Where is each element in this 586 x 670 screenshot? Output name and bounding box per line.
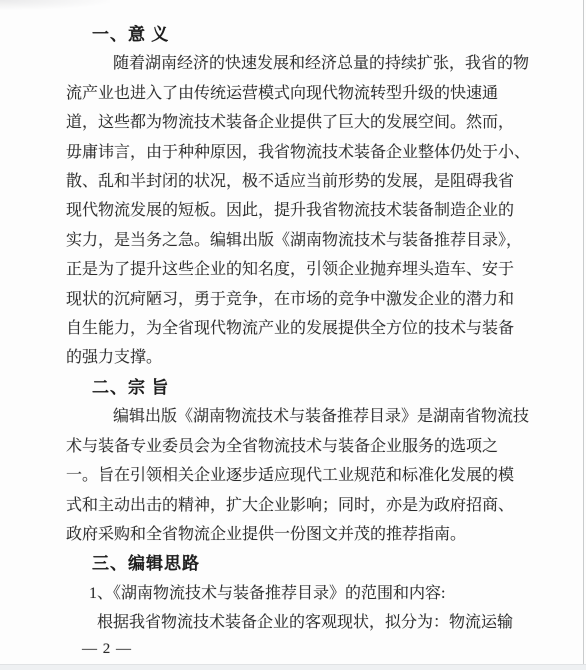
scan-edge-right (583, 0, 584, 670)
text-line: 根据我省物流技术装备企业的客观现状，拟分为：物流运输 (66, 608, 536, 637)
text-line: 毋庸讳言，由于种种原因，我省物流技术装备企业整体仍处于小、 (66, 138, 536, 167)
document-body: 一、意 义随着湖南经济的快速发展和经济总量的持续扩张，我省的物流产业也进入了由传… (66, 20, 536, 638)
text-line: 一。旨在引领相关企业逐步适应现代工业规范和标准化发展的模 (66, 461, 536, 490)
text-line: 正是为了提升这些企业的知名度，引领企业抛弃埋头造车、安于 (66, 255, 536, 284)
text-line: 实力，是当务之急。编辑出版《湖南物流技术与装备推荐目录》， (66, 226, 536, 255)
section-heading-1: 一、意 义 (66, 20, 536, 49)
document-page: 一、意 义随着湖南经济的快速发展和经济总量的持续扩张，我省的物流产业也进入了由传… (0, 0, 586, 670)
page-number: — 2 — (82, 641, 132, 658)
text-line: 政府采购和全省物流企业提供一份图文并茂的推荐指南。 (66, 520, 536, 549)
text-line: 式和主动出击的精神，扩大企业影响；同时，亦是为政府招商、 (66, 491, 536, 520)
text-line: 道，这些都为物流技术装备企业提供了巨大的发展空间。然而， (66, 108, 536, 137)
scan-speck (504, 154, 507, 157)
text-line: 现状的沉疴陋习，勇于竞争，在市场的竞争中激发企业的潜力和 (66, 285, 536, 314)
text-line: 散、乱和半封闭的状况，极不适应当前形势的发展，是阻碍我省 (66, 167, 536, 196)
text-line: 1、《湖南物流技术与装备推荐目录》的范围和内容: (66, 579, 536, 608)
section-heading-2: 二、宗 旨 (66, 373, 536, 402)
scan-speck (502, 62, 504, 64)
scan-corner-smudge (0, 0, 110, 10)
text-line: 术与装备专业委员会为全省物流技术与装备企业服务的选项之 (66, 432, 536, 461)
text-line: 随着湖南经济的快速发展和经济总量的持续扩张，我省的物 (66, 49, 536, 78)
scan-edge-bottom (0, 664, 586, 670)
section-heading-3: 三、编辑思路 (66, 549, 536, 578)
text-line: 的强力支撑。 (66, 343, 536, 372)
text-line: 现代物流发展的短板。因此，提升我省物流技术装备制造企业的 (66, 196, 536, 225)
text-line: 编辑出版《湖南物流技术与装备推荐目录》是湖南省物流技 (66, 402, 536, 431)
text-line: 流产业也进入了由传统运营模式向现代物流转型升级的快速通 (66, 79, 536, 108)
text-line: 自生能力，为全省现代物流产业的发展提供全方位的技术与装备 (66, 314, 536, 343)
